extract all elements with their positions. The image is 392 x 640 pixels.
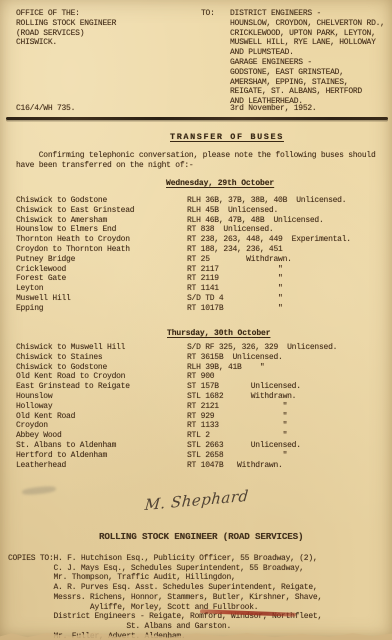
- route-cell: Old Kent Road to Croydon: [16, 372, 187, 382]
- table-row: Hertford to Aldenham STL 2658 ": [16, 451, 337, 461]
- route-cell: Holloway: [16, 402, 187, 412]
- letterhead-from-line: CHISWICK.: [16, 38, 116, 48]
- detail-cell: RT 238, 263, 448, 449 Experimental.: [187, 235, 351, 245]
- letterhead-to-line: AMERSHAM, EPPING, STAINES,: [230, 78, 385, 88]
- table-row: Old Kent Road to Croydon RT 900: [16, 372, 337, 382]
- table-row: Putney Bridge RT 25 Withdrawn.: [16, 255, 351, 265]
- detail-cell: RT 1141 ": [187, 284, 283, 294]
- table-row: Chiswick to Amersham RLH 46B, 47B, 48B U…: [16, 216, 351, 226]
- route-cell: Abbey Wood: [16, 431, 187, 441]
- copies-line: Messrs. Richens, Honnor, Stammers, Butle…: [8, 593, 322, 603]
- document-page: OFFICE OF THE:ROLLING STOCK ENGINEER(ROA…: [0, 0, 392, 640]
- table-row: Chiswick to Godstone RLH 39B, 41B ": [16, 363, 337, 373]
- table-row: Epping RT 1017B ": [16, 304, 351, 314]
- detail-cell: RT 1133 ": [187, 421, 287, 431]
- detail-cell: RT 3615B Unlicensed.: [187, 353, 283, 363]
- smudge-mark: [22, 485, 57, 496]
- route-cell: Leatherhead: [16, 461, 187, 471]
- table-row: Thornton Heath to Croydon RT 238, 263, 4…: [16, 235, 351, 245]
- table-row: Leatherhead RT 1047B Withdrawn.: [16, 461, 337, 471]
- detail-cell: RT 2117 ": [187, 265, 283, 275]
- table-row: Old Kent Road RT 929 ": [16, 412, 337, 422]
- route-cell: Croydon to Thornton Heath: [16, 245, 187, 255]
- detail-cell: RT 188, 234, 236, 451: [187, 245, 283, 255]
- table-row: Cricklewood RT 2117 ": [16, 265, 351, 275]
- detail-cell: ST 157B Unlicensed.: [187, 382, 301, 392]
- route-cell: Chiswick to Staines: [16, 353, 187, 363]
- table-row: Chiswick to East Grinstead RLH 45B Unlic…: [16, 206, 351, 216]
- letterhead-to-line: GODSTONE, EAST GRINSTEAD,: [230, 68, 385, 78]
- copies-line: Ayliffe, Morley, Scott and Fullbrook.: [8, 603, 322, 613]
- table-row: St. Albans to Aldenham STL 2663 Unlicens…: [16, 441, 337, 451]
- detail-cell: RTL 2 ": [187, 431, 287, 441]
- route-cell: East Grinstead to Reigate: [16, 382, 187, 392]
- letterhead-from-line: ROLLING STOCK ENGINEER: [16, 19, 116, 29]
- copies-line: St. Albans and Garston.: [8, 622, 322, 632]
- route-cell: Epping: [16, 304, 187, 314]
- table-row: Croydon RT 1133 ": [16, 421, 337, 431]
- letterhead-to-line: DISTRICT ENGINEERS -: [230, 9, 385, 19]
- intro-line-2: have been transferred on the night of:-: [16, 161, 376, 171]
- route-cell: St. Albans to Aldenham: [16, 441, 187, 451]
- table-row: Chiswick to Godstone RLH 36B, 37B, 38B, …: [16, 196, 351, 206]
- table-row: Forest Gate RT 2119 ": [16, 274, 351, 284]
- route-cell: Hounslow: [16, 392, 187, 402]
- letterhead-from: OFFICE OF THE:ROLLING STOCK ENGINEER(ROA…: [16, 9, 116, 48]
- copies-line: Mr. Thompson, Traffic Audit, Hillingdon,: [8, 573, 322, 583]
- table-row: Holloway RT 2121 ": [16, 402, 337, 412]
- table-row: Hounslow to Elmers End RT 838 Unlicensed…: [16, 225, 351, 235]
- table-row: Croydon to Thornton Heath RT 188, 234, 2…: [16, 245, 351, 255]
- detail-cell: RT 838 Unlicensed.: [187, 225, 273, 235]
- copies-line: C. J. Mays Esq., Schedules Superintenden…: [8, 564, 322, 574]
- letterhead-from-line: OFFICE OF THE:: [16, 9, 116, 19]
- to-label: TO:: [201, 9, 215, 19]
- table-row: Chiswick to Muswell Hill S/D RF 325, 326…: [16, 343, 337, 353]
- table-row: Leyton RT 1141 ": [16, 284, 351, 294]
- reference-number: C16/4/WH 735.: [16, 104, 75, 114]
- copies-list: COPIES TO:H. F. Hutchison Esq., Publicit…: [8, 554, 322, 640]
- route-cell: Old Kent Road: [16, 412, 187, 422]
- letterhead-from-line: (ROAD SERVICES): [16, 29, 116, 39]
- route-cell: Forest Gate: [16, 274, 187, 284]
- wednesday-table: Chiswick to Godstone RLH 36B, 37B, 38B, …: [16, 196, 351, 314]
- route-cell: Chiswick to Godstone: [16, 363, 187, 373]
- detail-cell: RLH 36B, 37B, 38B, 40B Unlicensed.: [187, 196, 346, 206]
- divider-rule: [6, 117, 388, 120]
- route-cell: Hertford to Aldenham: [16, 451, 187, 461]
- letter-date: 3rd November, 1952.: [230, 104, 316, 114]
- letterhead-to-line: HOUNSLOW, CROYDON, CHELVERTON RD.,: [230, 19, 385, 29]
- detail-cell: RT 929 ": [187, 412, 287, 422]
- detail-cell: RT 900: [187, 372, 214, 382]
- thursday-heading: Thursday, 30th October: [167, 329, 270, 338]
- thursday-table: Chiswick to Muswell Hill S/D RF 325, 326…: [16, 343, 337, 470]
- detail-cell: RT 1017B ": [187, 304, 283, 314]
- table-row: Chiswick to Staines RT 3615B Unlicensed.: [16, 353, 337, 363]
- intro-paragraph: Confirming telephonic conversation, plea…: [16, 151, 376, 171]
- detail-cell: RT 25 Withdrawn.: [187, 255, 292, 265]
- table-row: East Grinstead to Reigate ST 157B Unlice…: [16, 382, 337, 392]
- handwritten-signature: M. Shephard: [144, 487, 249, 514]
- wednesday-heading: Wednesday, 29th October: [166, 179, 274, 188]
- route-cell: Muswell Hill: [16, 294, 187, 304]
- route-cell: Cricklewood: [16, 265, 187, 275]
- table-row: Abbey Wood RTL 2 ": [16, 431, 337, 441]
- route-cell: Chiswick to Muswell Hill: [16, 343, 187, 353]
- detail-cell: RT 2119 ": [187, 274, 283, 284]
- letterhead-to-line: REIGATE, ST. ALBANS, HERTFORD: [230, 87, 385, 97]
- route-cell: Chiswick to East Grinstead: [16, 206, 187, 216]
- doc-title: TRANSFER OF BUSES: [170, 132, 284, 142]
- detail-cell: RT 2121 ": [187, 402, 287, 412]
- detail-cell: RT 1047B Withdrawn.: [187, 461, 283, 471]
- route-cell: Putney Bridge: [16, 255, 187, 265]
- route-cell: Hounslow to Elmers End: [16, 225, 187, 235]
- detail-cell: S/D TD 4 ": [187, 294, 283, 304]
- route-cell: Chiswick to Godstone: [16, 196, 187, 206]
- detail-cell: RLH 46B, 47B, 48B Unlicensed.: [187, 216, 324, 226]
- detail-cell: STL 2663 Unlicensed.: [187, 441, 301, 451]
- letterhead-to-line: CRICKLEWOOD, UPTON PARK, LEYTON,: [230, 29, 385, 39]
- detail-cell: STL 2658 ": [187, 451, 287, 461]
- letterhead-to: DISTRICT ENGINEERS -HOUNSLOW, CROYDON, C…: [230, 9, 385, 107]
- signature-title: ROLLING STOCK ENGINEER (ROAD SERVICES): [99, 531, 303, 542]
- detail-cell: RLH 39B, 41B ": [187, 363, 264, 373]
- route-cell: Thornton Heath to Croydon: [16, 235, 187, 245]
- table-row: Hounslow STL 1682 Withdrawn.: [16, 392, 337, 402]
- route-cell: Chiswick to Amersham: [16, 216, 187, 226]
- detail-cell: RLH 45B Unlicensed.: [187, 206, 278, 216]
- letterhead-to-line: AND PLUMSTEAD.: [230, 48, 385, 58]
- letterhead-to-line: MUSWELL HILL, RYE LANE, HOLLOWAY: [230, 38, 385, 48]
- detail-cell: S/D RF 325, 326, 329 Unlicensed.: [187, 343, 337, 353]
- letterhead-to-line: GARAGE ENGINEERS -: [230, 58, 385, 68]
- copies-line: COPIES TO:H. F. Hutchison Esq., Publicit…: [8, 554, 322, 564]
- route-cell: Croydon: [16, 421, 187, 431]
- route-cell: Leyton: [16, 284, 187, 294]
- table-row: Muswell Hill S/D TD 4 ": [16, 294, 351, 304]
- copies-line: A. R. Purves Esq. Asst. Schedules Superi…: [8, 583, 322, 593]
- detail-cell: STL 1682 Withdrawn.: [187, 392, 296, 402]
- intro-line-1: Confirming telephonic conversation, plea…: [16, 151, 376, 161]
